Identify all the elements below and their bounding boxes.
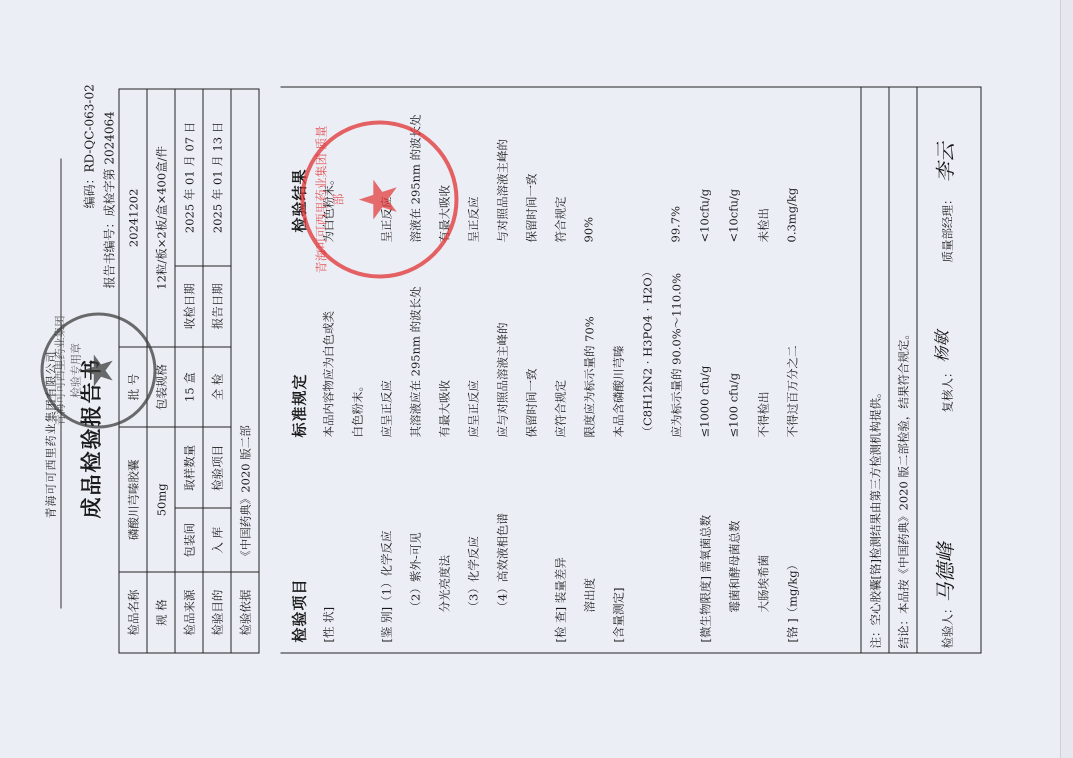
row-standard: 应呈正反应 (378, 380, 394, 438)
row-item: （4）高效液相色谱 (494, 513, 510, 612)
sample-qty-label: 取样数量 (175, 427, 203, 508)
row-result: 保留时间一致 (523, 173, 539, 242)
info-row: 检品来源 包装间 取样数量 15 盒 收检日期 2025 年 01 月 07 日 (175, 89, 203, 653)
row-result: 90% (581, 216, 595, 242)
report-date: 2025 年 01 月 13 日 (203, 89, 231, 266)
note: 注：空心胶囊[铬]检测结果由第三方检测机构提供。 (860, 87, 888, 652)
row-standard: 其溶液应在 295nm 的波长处 (407, 286, 423, 437)
inspection-stamp: 青海可可西里药业集团 检验专用章 ★ (40, 312, 156, 428)
row-item: [铬 ]（mg/kg） (784, 558, 800, 642)
report-date-label: 报告日期 (203, 265, 231, 346)
row-item: （3）化学反应 (465, 536, 481, 612)
row-standard: ≤100 cfu/g (726, 372, 740, 437)
info-row: 检验依据 《中国药典》2020 版二部 (231, 89, 259, 653)
row-item: [性 状] (320, 606, 336, 642)
batch: 20241202 (119, 89, 147, 347)
row-item: [检 查] 装量差异 (552, 557, 568, 642)
row-item: [鉴 别]（1）化学反应 (378, 530, 394, 642)
row-item: 霉菌和酵母菌总数 (726, 520, 742, 612)
manager-label: 质量部经理： (939, 193, 955, 262)
row-item: [微生物限度] 需氧菌总数 (697, 514, 713, 642)
row-result: 符合规定 (552, 196, 568, 242)
inspector-label: 检验人： (939, 602, 955, 648)
row-standard: 应呈正反应 (465, 380, 481, 438)
receive-date: 2025 年 01 月 07 日 (175, 89, 203, 266)
purpose: 入 库 (203, 508, 231, 572)
row-standard: 有最大吸收 (436, 380, 452, 438)
row-item: 溶出度 (581, 578, 597, 613)
product-name: 磷酸川芎嗪胶囊 (119, 427, 147, 572)
row-result: 99.7% (668, 205, 682, 242)
row-result: 与对照品溶液主峰的 (494, 139, 510, 243)
info-row: 检验目的 入 库 检验项目 全 检 报告日期 2025 年 01 月 13 日 (203, 89, 231, 653)
star-icon: ★ (353, 176, 405, 223)
receive-date-label: 收检日期 (175, 265, 203, 346)
reviewer-label: 复核人： (939, 366, 955, 412)
row-standard: 限度应为标示量的 70% (581, 316, 597, 437)
inspector-signature: 马德峰 (929, 542, 958, 602)
items-label: 检验项目 (203, 427, 231, 508)
row-standard: 应与对照品溶液主峰的 (494, 322, 510, 437)
source: 包装间 (175, 508, 203, 572)
row-standard: 不得检出 (755, 391, 771, 437)
row-standard: 本品含磷酸川芎嗪 (610, 345, 626, 437)
items: 全 检 (203, 346, 231, 427)
star-icon: ★ (77, 351, 119, 389)
spec: 50mg (147, 427, 175, 572)
pack: 12粒/板×2板/盒×400盒/件 (147, 89, 175, 347)
report-number: 报告书编号：成检字第 2024064 (100, 111, 117, 288)
column-header-standard: 标准规定 (288, 373, 309, 437)
quality-stamp: 青海可可西里药业集团 质量部 ★ (300, 120, 458, 278)
row-result: 0.3mg/kg (784, 187, 798, 242)
row-standard: 保留时间一致 (523, 368, 539, 437)
row-standard: 应为标示量的 90.0%～110.0% (668, 272, 684, 437)
row-result: <10cfu/g (726, 188, 740, 242)
sample-qty: 15 盒 (175, 346, 203, 427)
row-result: 呈正反应 (465, 196, 481, 242)
inspection-report-page: 青海可可西里药业集团有限公司 成品检验报告书 编码：RD-QC-063-02 报… (0, 0, 1073, 758)
row-standard: 不得过百万分之二 (784, 345, 800, 437)
row-standard: 应符合规定 (552, 380, 568, 438)
basis: 《中国药典》2020 版二部 (231, 89, 259, 572)
product-name-label: 检品名称 (119, 572, 147, 653)
row-result: 未检出 (755, 208, 771, 243)
manager-signature: 李云 (929, 142, 958, 182)
reviewer-signature: 杨敏 (929, 330, 952, 362)
row-item: （2）紫外-可见 (407, 532, 423, 612)
purpose-label: 检验目的 (203, 572, 231, 653)
spec-label: 规 格 (147, 572, 175, 653)
conclusion: 结论：本品按《中国药典》2020 版二部检验，结果符合规定。 (888, 87, 916, 652)
signature-row: 检验人： 马德峰 复核人： 杨敏 质量部经理： 李云 (916, 87, 980, 652)
row-item: 分光亮度法 (436, 555, 452, 613)
row-standard: ≤1000 cfu/g (697, 365, 711, 437)
basis-label: 检验依据 (231, 572, 259, 653)
row-standard: 白色粉末。 (349, 380, 365, 438)
row-item: 大肠埃希菌 (755, 555, 771, 613)
row-result: <10cfu/g (697, 188, 711, 242)
column-header-item: 检验项目 (288, 578, 309, 642)
stamp-text: 青海可可西里药业集团 质量部 (312, 124, 346, 274)
row-standard: 本品内容物应为白色或类 (320, 311, 336, 438)
row-item: [含量测定] (610, 587, 626, 642)
row-standard: （C8H12N2 · H3PO4 · H2O） (639, 265, 655, 437)
document-code: 编码：RD-QC-063-02 (80, 84, 97, 208)
source-label: 检品来源 (175, 572, 203, 653)
